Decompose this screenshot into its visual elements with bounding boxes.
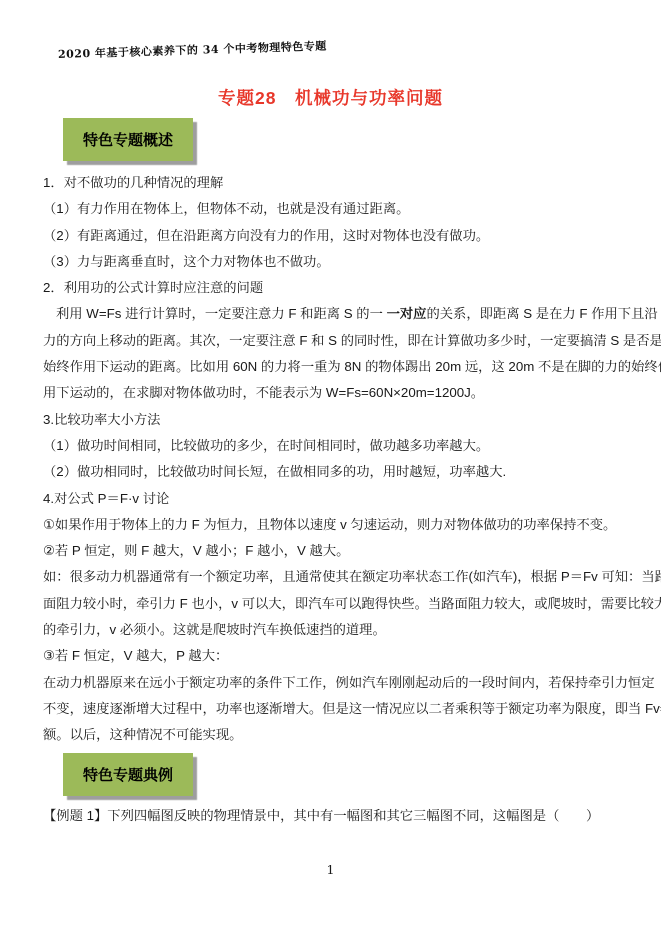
body-line: （2）做功相同时，比较做功时间长短，在做相同多的功，用时越短，功率越大. [43,459,623,485]
body-line: （3）力与距离垂直时，这个力对物体也不做功。 [43,249,623,275]
body-line: 始终作用下运动的距离。比如用 60N 的力将一重为 8N 的物体踢出 20m 远… [43,354,623,380]
body-line: 3.比较功率大小方法 [43,407,623,433]
body-line: 用下运动的，在求脚对物体做功时，不能表示为 W=Fs=60N×20m=1200J… [43,380,623,406]
page-number: 1 [0,862,661,877]
body-line: 1．对不做功的几种情况的理解 [43,170,623,196]
body-line: 面阻力较小时，牵引力 F 也小，v 可以大，即汽车可以跑得快些。当路面阻力较大，… [43,591,623,617]
body-lines: 1．对不做功的几种情况的理解（1）有力作用在物体上，但物体不动，也就是没有通过距… [43,170,623,749]
page-title: 专题28 机械功与功率问题 [0,85,661,110]
body-line: 利用 W=Fs 进行计算时，一定要注意力 F 和距离 S 的一 一对应的关系，即… [43,301,623,327]
body-line: 的牵引力，v 必须小。这就是爬坡时汽车换低速挡的道理。 [43,617,623,643]
body-line: 力的方向上移动的距离。其次，一定要注意 F 和 S 的同时性，即在计算做功多少时… [43,328,623,354]
body-line: （1）做功时间相同，比较做功的多少，在时间相同时，做功越多功率越大。 [43,433,623,459]
body-line: ①如果作用于物体上的力 F 为恒力，且物体以速度 v 匀速运动，则力对物体做功的… [43,512,623,538]
body-line: 在动力机器原来在远小于额定功率的条件下工作，例如汽车刚刚起动后的一段时间内，若保… [43,670,623,696]
body-line: ②若 P 恒定，则 F 越大，V 越小；F 越小，V 越大。 [43,538,623,564]
body-line: （2）有距离通过，但在沿距离方向没有力的作用，这时对物体也没有做功。 [43,223,623,249]
section-header-examples: 特色专题典例 [63,753,193,796]
example-question-1: 【例题 1】下列四幅图反映的物理情景中，其中有一幅图和其它三幅图不同，这幅图是（… [43,806,633,826]
document-page: 2020 年基于核心素养下的 34 个中考物理特色专题 专题28 机械功与功率问… [0,0,661,935]
body-line: 4.对公式 P＝F·v 讨论 [43,486,623,512]
watermark-text: 2020 年基于核心素养下的 34 个中考物理特色专题 [58,38,327,62]
body-line: 额。以后，这种情况不可能实现。 [43,722,623,748]
section-header-overview: 特色专题概述 [63,118,193,161]
body-line: 如：很多动力机器通常有一个额定功率，且通常使其在额定功率状态工作(如汽车)，根据… [43,564,623,590]
body-line: （1）有力作用在物体上，但物体不动，也就是没有通过距离。 [43,196,623,222]
body-line: 不变，速度逐渐增大过程中，功率也逐渐增大。但是这一情况应以二者乘积等于额定功率为… [43,696,623,722]
body-line: 2．利用功的公式计算时应注意的问题 [43,275,623,301]
body-line: ③若 F 恒定，V 越大，P 越大： [43,643,623,669]
